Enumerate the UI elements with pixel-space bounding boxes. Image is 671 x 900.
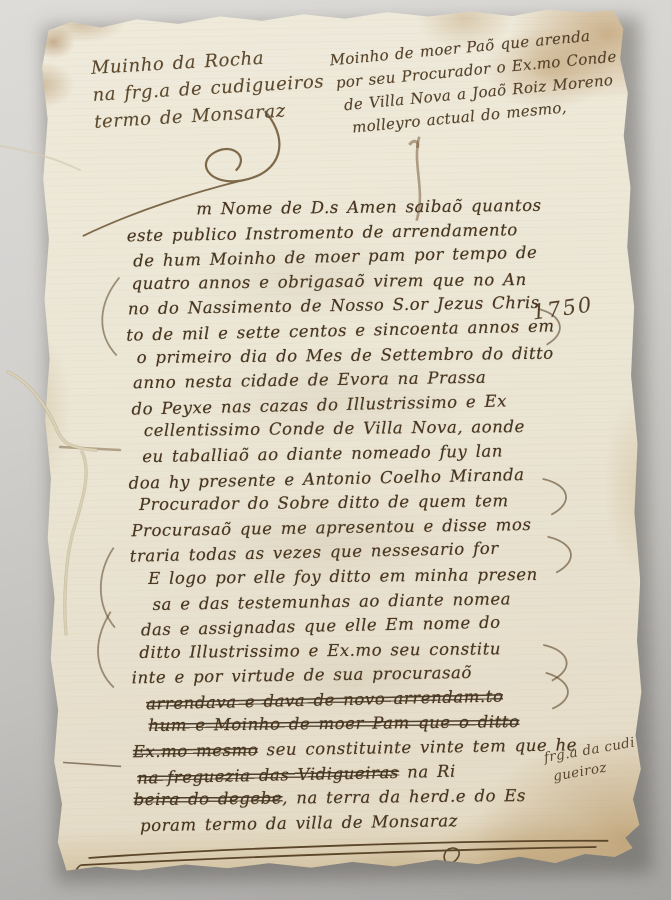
manuscript-line: quatro annos e obrigasaõ virem que no An bbox=[125, 269, 575, 298]
text-segment: seu constituinte vinte tem que he bbox=[258, 735, 577, 759]
struck-text: hum e Moinho de moer Pam que o ditto bbox=[148, 713, 519, 736]
top-left-archive-note: Muinho da Rochana frg.a de cudigueiroste… bbox=[90, 41, 326, 136]
text-segment: E logo por elle foy ditto em minha prese… bbox=[148, 565, 538, 588]
manuscript-line: beira do degebe, na terra da herd.e do E… bbox=[134, 786, 584, 815]
manuscript-line: E logo por elle foy ditto em minha prese… bbox=[130, 564, 580, 593]
text-segment: cellentissimo Conde de Villa Nova, aonde bbox=[144, 417, 525, 440]
manuscript-photo: Muinho da Rochana frg.a de cudigueiroste… bbox=[0, 0, 671, 900]
top-right-title-note: Moinho de moer Paõ que arendapor seu Pro… bbox=[329, 23, 622, 141]
text-segment: o primeiro dia do Mes de Settembro do di… bbox=[137, 343, 554, 366]
manuscript-line: ditto Illustrissimo e Ex.mo seu constitu bbox=[131, 638, 581, 667]
text-segment: quatro annos e obrigasaõ virem que no An bbox=[131, 270, 526, 293]
left-margin-swashes bbox=[92, 277, 126, 687]
text-segment: poram termo da villa de Monsaraz bbox=[140, 811, 458, 835]
paper-sheet: Muinho da Rochana frg.a de cudigueiroste… bbox=[35, 7, 644, 872]
struck-text: beira do degebe bbox=[134, 789, 283, 810]
manuscript-line: cellentissimo Conde de Villa Nova, aonde bbox=[128, 417, 578, 446]
text-segment: , na terra da herd.e do Es bbox=[282, 786, 526, 808]
struck-text: Ex.mo mesmo bbox=[133, 740, 259, 761]
text-segment: na Ri bbox=[399, 761, 456, 781]
manuscript-line: m Nome de D.s Amen saibaõ quantos bbox=[124, 195, 574, 224]
manuscript-line: Procurador do Sobre ditto de quem tem bbox=[129, 491, 579, 520]
text-segment: m Nome de D.s Amen saibaõ quantos bbox=[196, 196, 541, 219]
manuscript-line: o primeiro dia do Mes de Settembro do di… bbox=[127, 343, 577, 372]
text-segment: eu taballiaõ ao diante nomeado fuy lan bbox=[142, 441, 503, 466]
text-segment: Procurador do Sobre ditto de quem tem bbox=[139, 491, 509, 514]
text-segment: ditto Illustrissimo e Ex.mo seu constitu bbox=[139, 639, 501, 662]
body-text: m Nome de D.s Amen saibaõ quantoseste pu… bbox=[124, 194, 584, 840]
stray-ink-line bbox=[63, 761, 121, 767]
